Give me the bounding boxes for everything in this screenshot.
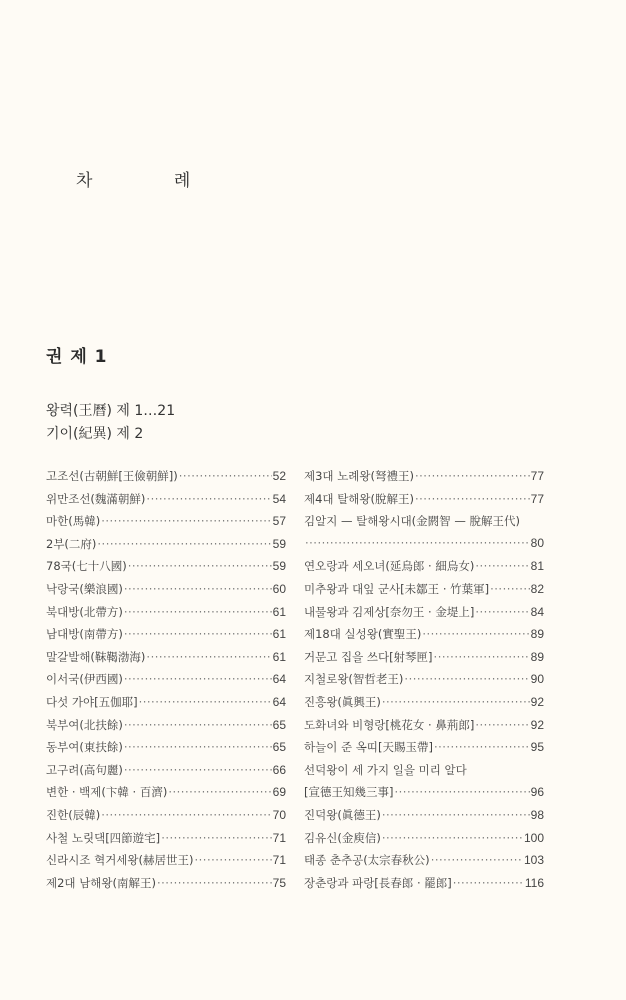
toc-entry-title: 위만조선(魏滿朝鮮) <box>46 491 145 507</box>
toc-entry-page-number: 77 <box>531 492 544 506</box>
toc-entry-title: 제4대 탈해왕(脫解王) <box>304 491 414 507</box>
dot-leader <box>382 695 530 709</box>
toc-entry-title: 마한(馬韓) <box>46 513 100 529</box>
toc-entry-page-number: 89 <box>531 650 544 664</box>
toc-entry[interactable]: 지철로왕(智哲老王)90 <box>304 671 544 694</box>
toc-entry-title: 낙랑국(樂浪國) <box>46 581 123 597</box>
toc-entry[interactable]: 80 <box>304 536 544 559</box>
toc-entry-title: 하늘이 준 옥띠[天賜玉帶] <box>304 739 433 755</box>
toc-entry[interactable]: 진흥왕(眞興王)92 <box>304 694 544 717</box>
toc-entry[interactable]: 도화녀와 비형랑[桃花女 · 鼻荊郎]92 <box>304 717 544 740</box>
toc-column-right: 제3대 노례왕(弩禮王)77제4대 탈해왕(脫解王)77김알지 — 탈해왕시대(… <box>304 468 544 897</box>
toc-entry-page-number: 103 <box>524 853 544 867</box>
toc-entry-title: 신라시조 혁거세왕(赫居世王) <box>46 852 194 868</box>
dot-leader <box>490 582 530 596</box>
dot-leader <box>195 853 272 867</box>
dot-leader <box>422 627 529 641</box>
toc-entry[interactable]: 제2대 남해왕(南解王)75 <box>46 875 286 898</box>
toc-entry[interactable]: 연오랑과 세오녀(延烏郎 · 細烏女)81 <box>304 558 544 581</box>
toc-entry-title: 제2대 남해왕(南解王) <box>46 875 156 891</box>
toc-entry[interactable]: 78국(七十八國)59 <box>46 558 286 581</box>
toc-entry-page-number: 70 <box>273 808 286 822</box>
dot-leader <box>146 650 271 664</box>
toc-entry-page-number: 69 <box>273 785 286 799</box>
dot-leader <box>453 876 524 890</box>
toc-entry[interactable]: 태종 춘추공(太宗春秋公)103 <box>304 852 544 875</box>
toc-entry-page-number: 65 <box>273 740 286 754</box>
toc-entry-title: 변한 · 백제(卞韓 · 百濟) <box>46 784 167 800</box>
toc-entry-page-number: 52 <box>273 469 286 483</box>
toc-entry[interactable]: 북부여(北扶餘)65 <box>46 717 286 740</box>
dot-leader <box>124 740 272 754</box>
toc-entry-title: 장춘랑과 파랑[長春郎 · 罷郎] <box>304 875 452 891</box>
toc-entry-title: 북대방(北帶方) <box>46 604 123 620</box>
toc-entry-page-number: 64 <box>273 695 286 709</box>
dot-leader <box>97 537 271 551</box>
dot-leader <box>128 559 272 573</box>
toc-entry[interactable]: 진덕왕(眞德王)98 <box>304 807 544 830</box>
toc-entry-page-number: 59 <box>273 537 286 551</box>
dot-leader <box>168 785 271 799</box>
toc-entry-title: 선덕왕이 세 가지 일을 미리 알다 <box>304 762 467 778</box>
toc-entry-title: 2부(二府) <box>46 536 96 552</box>
toc-entry-title: 지철로왕(智哲老王) <box>304 671 403 687</box>
section-item-gii[interactable]: 기이(紀異) 제 2 <box>46 423 175 446</box>
toc-entry-page-number: 95 <box>531 740 544 754</box>
toc-entry-title: 이서국(伊西國) <box>46 671 123 687</box>
dot-leader <box>124 605 272 619</box>
toc-entry-title: 제3대 노례왕(弩禮王) <box>304 468 414 484</box>
toc-entry-title: 진덕왕(眞德王) <box>304 807 381 823</box>
toc-entry-title: 태종 춘추공(太宗春秋公) <box>304 852 430 868</box>
toc-entry-page-number: 116 <box>525 876 544 890</box>
toc-entry-page-number: 75 <box>273 876 286 890</box>
toc-entry[interactable]: 북대방(北帶方)61 <box>46 604 286 627</box>
toc-entry-title: 북부여(北扶餘) <box>46 717 123 733</box>
dot-leader <box>394 785 529 799</box>
dot-leader <box>434 650 530 664</box>
toc-entry-page-number: 61 <box>273 627 286 641</box>
toc-entry-title: 연오랑과 세오녀(延烏郎 · 細烏女) <box>304 558 474 574</box>
toc-entry[interactable]: 마한(馬韓)57 <box>46 513 286 536</box>
toc-entry-title: 김유신(金庾信) <box>304 830 381 846</box>
dot-leader <box>124 718 272 732</box>
toc-entry[interactable]: 동부여(東扶餘)65 <box>46 739 286 762</box>
toc-entry-page-number: 81 <box>531 559 544 573</box>
toc-entry-page-number: 90 <box>531 672 544 686</box>
dot-leader <box>415 492 530 506</box>
toc-column-left: 고조선(古朝鮮[王儉朝鮮])52위만조선(魏滿朝鮮)54마한(馬韓)572부(二… <box>46 468 286 897</box>
dot-leader <box>146 492 271 506</box>
dot-leader <box>101 514 271 528</box>
toc-entry-page-number: 60 <box>273 582 286 596</box>
dot-leader <box>124 672 272 686</box>
dot-leader <box>382 808 530 822</box>
toc-entry[interactable]: 장춘랑과 파랑[長春郎 · 罷郎]116 <box>304 875 544 898</box>
toc-entry-page-number: 71 <box>273 831 286 845</box>
dot-leader <box>157 876 272 890</box>
dot-leader <box>124 627 272 641</box>
toc-entry[interactable]: 거문고 집을 쓰다[射琴匣]89 <box>304 649 544 672</box>
toc-entry-title: 진흥왕(眞興王) <box>304 694 381 710</box>
toc-entry-page-number: 71 <box>273 853 286 867</box>
dot-leader <box>139 695 272 709</box>
toc-entry-title: [宣德王知幾三事] <box>304 784 393 800</box>
toc-entry[interactable]: 진한(辰韓)70 <box>46 807 286 830</box>
toc-entry[interactable]: 선덕왕이 세 가지 일을 미리 알다 <box>304 762 544 785</box>
toc-entry-title: 사철 노릿댁[四節遊宅] <box>46 830 160 846</box>
toc-entry[interactable]: 하늘이 준 옥띠[天賜玉帶]95 <box>304 739 544 762</box>
dot-leader <box>124 763 272 777</box>
toc-entry-title: 김알지 — 탈해왕시대(金閼智 — 脫解王代) <box>304 513 520 529</box>
section-item-wangryeok[interactable]: 왕력(王曆) 제 1…21 <box>46 400 175 423</box>
dot-leader <box>475 605 529 619</box>
toc-entry-title: 78국(七十八國) <box>46 558 127 574</box>
dot-leader <box>124 582 272 596</box>
toc-entry-page-number: 98 <box>531 808 544 822</box>
dot-leader <box>382 831 523 845</box>
toc-entry[interactable]: [宣德王知幾三事]96 <box>304 784 544 807</box>
toc-entry[interactable]: 제4대 탈해왕(脫解王)77 <box>304 491 544 514</box>
toc-entry-title: 고조선(古朝鮮[王儉朝鮮]) <box>46 468 178 484</box>
toc-entry-page-number: 84 <box>531 605 544 619</box>
toc-entry-title: 진한(辰韓) <box>46 807 100 823</box>
toc-entry[interactable]: 변한 · 백제(卞韓 · 百濟)69 <box>46 784 286 807</box>
toc-entry-page-number: 57 <box>273 514 286 528</box>
toc-entry-page-number: 96 <box>531 785 544 799</box>
toc-entry-page-number: 82 <box>531 582 544 596</box>
toc-entry[interactable]: 내물왕과 김제상[奈勿王 · 金堤上]84 <box>304 604 544 627</box>
toc-entry[interactable]: 신라시조 혁거세왕(赫居世王)71 <box>46 852 286 875</box>
toc-entry[interactable]: 사철 노릿댁[四節遊宅]71 <box>46 830 286 853</box>
toc-entry-title: 도화녀와 비형랑[桃花女 · 鼻荊郎] <box>304 717 474 733</box>
toc-entry[interactable]: 낙랑국(樂浪國)60 <box>46 581 286 604</box>
volume-heading: 권 제 1 <box>46 342 108 367</box>
toc-entry-title: 남대방(南帶方) <box>46 626 123 642</box>
page-title: 차 례 <box>76 166 228 191</box>
toc-entry[interactable]: 2부(二府)59 <box>46 536 286 559</box>
toc-entry-title: 말갈발해(靺鞨渤海) <box>46 649 145 665</box>
toc-entry-page-number: 61 <box>273 605 286 619</box>
dot-leader <box>305 536 530 550</box>
toc-entry[interactable]: 위만조선(魏滿朝鮮)54 <box>46 491 286 514</box>
toc-entry[interactable]: 남대방(南帶方)61 <box>46 626 286 649</box>
toc-entry[interactable]: 고구려(高句麗)66 <box>46 762 286 785</box>
toc-entry-title: 다섯 가야[五伽耶] <box>46 694 138 710</box>
section-list: 왕력(王曆) 제 1…21 기이(紀異) 제 2 <box>46 400 175 446</box>
toc-entry-page-number: 100 <box>524 831 544 845</box>
toc-entry[interactable]: 다섯 가야[五伽耶]64 <box>46 694 286 717</box>
toc-entry[interactable]: 김알지 — 탈해왕시대(金閼智 — 脫解王代) <box>304 513 544 536</box>
toc-entry-page-number: 65 <box>273 718 286 732</box>
toc-entry-page-number: 89 <box>531 627 544 641</box>
toc-entry[interactable]: 미추왕과 대잎 군사[未鄒王 · 竹葉軍]82 <box>304 581 544 604</box>
dot-leader <box>101 808 271 822</box>
toc-entry-title: 내물왕과 김제상[奈勿王 · 金堤上] <box>304 604 474 620</box>
toc-entry[interactable]: 말갈발해(靺鞨渤海)61 <box>46 649 286 672</box>
toc-entry[interactable]: 김유신(金庾信)100 <box>304 830 544 853</box>
toc-entry[interactable]: 이서국(伊西國)64 <box>46 671 286 694</box>
toc-entry-title: 동부여(東扶餘) <box>46 739 123 755</box>
toc-entry[interactable]: 제18대 실성왕(實聖王)89 <box>304 626 544 649</box>
dot-leader <box>431 853 523 867</box>
dot-leader <box>475 559 529 573</box>
toc-entry[interactable]: 제3대 노례왕(弩禮王)77 <box>304 468 544 491</box>
toc-entry-title: 고구려(高句麗) <box>46 762 123 778</box>
toc-entry-page-number: 61 <box>273 650 286 664</box>
toc-entry-title: 제18대 실성왕(實聖王) <box>304 626 421 642</box>
toc-entry-page-number: 54 <box>273 492 286 506</box>
toc-entry-page-number: 92 <box>531 718 544 732</box>
toc-entry-title: 거문고 집을 쓰다[射琴匣] <box>304 649 433 665</box>
toc-entry-page-number: 59 <box>273 559 286 573</box>
dot-leader <box>434 740 530 754</box>
toc-entry[interactable]: 고조선(古朝鮮[王儉朝鮮])52 <box>46 468 286 491</box>
dot-leader <box>415 469 530 483</box>
dot-leader <box>404 672 529 686</box>
toc-entry-page-number: 66 <box>273 763 286 777</box>
dot-leader <box>475 718 529 732</box>
dot-leader <box>179 469 272 483</box>
toc-entry-page-number: 77 <box>531 469 544 483</box>
toc-entry-title: 미추왕과 대잎 군사[未鄒王 · 竹葉軍] <box>304 581 489 597</box>
toc-entry-page-number: 92 <box>531 695 544 709</box>
dot-leader <box>161 831 271 845</box>
toc-entry-page-number: 80 <box>531 536 544 550</box>
toc-entry-page-number: 64 <box>273 672 286 686</box>
